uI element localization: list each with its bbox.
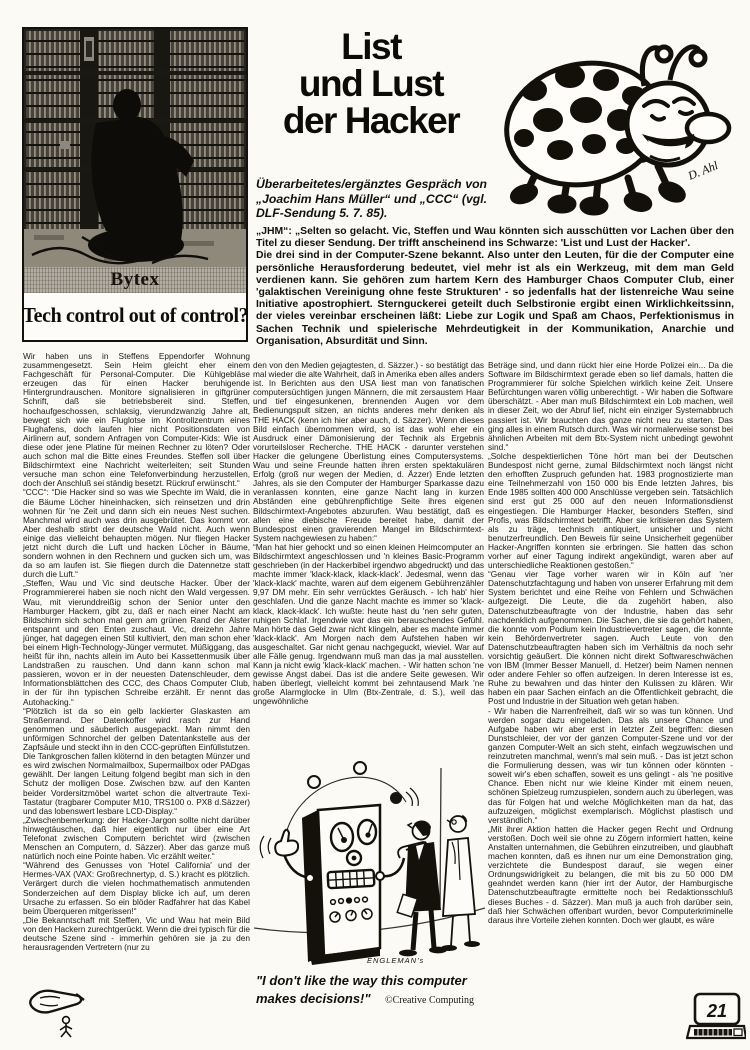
title-line-2: und Lust (256, 65, 486, 102)
robot-cartoon-drawing: ENGLEMAN's (254, 758, 485, 966)
article-column-middle: den von den Medien gejagtesten, d. Säzze… (253, 361, 484, 759)
magazine-page: { "page": { "number": "21" }, "photo": {… (0, 0, 750, 1050)
paragraph: “CCC“: “Die Hacker sind so was wie Spech… (23, 488, 250, 579)
article-subtitle: Überarbeitetes/ergänztes Gespräch von „J… (256, 177, 487, 221)
paragraph: “Plötzlich ist da so ein gelb lackierter… (23, 707, 250, 816)
page-title: List und Lust der Hacker (256, 28, 486, 139)
hand-doodle-drawing (26, 980, 90, 1038)
ladybug-cartoon-illustration: D. Ahl (492, 28, 738, 220)
robot-artist-signature: ENGLEMAN's (367, 956, 424, 965)
article-column-left: Wir haben uns in Steffens Eppendorfer Wo… (23, 352, 250, 952)
bytex-label: Bytex (111, 269, 160, 291)
paragraph: „Die Bekanntschaft mit Steffen, Vic und … (23, 916, 250, 952)
paragraph: Beträge sind, und dann rückt hier eine H… (488, 361, 733, 452)
article-column-right: Beträge sind, und dann rückt hier eine H… (488, 361, 733, 925)
paragraph: den von den Medien gejagtesten, d. Säzze… (253, 361, 484, 543)
terminal-doodle-icon: 21 (686, 992, 746, 1046)
bytex-nameplate: Bytex (24, 267, 246, 293)
cartoon-caption-credit: ©Creative Computing (385, 995, 474, 1006)
paragraph: „Zwischenbemerkung: der Hacker-Jargon so… (23, 816, 250, 861)
paragraph: “Man hat hier gehockt und so einen klein… (253, 543, 484, 707)
paragraph: „Solche despektierlichen Töne hört man b… (488, 452, 733, 570)
page-number: 21 (706, 1001, 727, 1021)
mainframe-photo (24, 29, 246, 267)
photo-headline: Tech control out of control? (24, 293, 246, 338)
paragraph: Die drei sind in der Computer-Szene beka… (256, 250, 734, 348)
paragraph: “Während des Genusses von 'Hotel Califor… (23, 861, 250, 916)
ladybug-drawing: D. Ahl (492, 28, 738, 220)
paragraph: Wir haben uns in Steffens Eppendorfer Wo… (23, 352, 250, 488)
intro-paragraphs: „JHM“: „Selten so gelacht. Vic, Steffen … (256, 226, 734, 348)
cartoon-caption: "I don't like the way this computer make… (256, 972, 489, 1008)
hand-doodle-illustration (26, 980, 90, 1038)
paragraph: „JHM“: „Selten so gelacht. Vic, Steffen … (256, 226, 734, 250)
paragraph: „Mit ihrer Aktion hatten die Hacker gege… (488, 825, 733, 925)
photo-headline-text: Tech control out of control? (22, 303, 248, 328)
page-number-badge: 21 (686, 992, 746, 1046)
title-line-3: der Hacker (256, 102, 486, 139)
robot-cartoon-illustration: ENGLEMAN's (254, 758, 485, 966)
beetle-artist-signature: D. Ahl (685, 158, 721, 183)
mainframe-photo-box: Bytex Tech control out of control? (22, 27, 248, 342)
paragraph: „Steffen, Wau und Vic sind deutsche Hack… (23, 579, 250, 706)
paragraph: “Genau vier Tage vorher waren wir in Köl… (488, 570, 733, 706)
paragraph: - Wir haben die Narrenfreiheit, daß wir … (488, 707, 733, 825)
title-line-1: List (256, 28, 486, 65)
